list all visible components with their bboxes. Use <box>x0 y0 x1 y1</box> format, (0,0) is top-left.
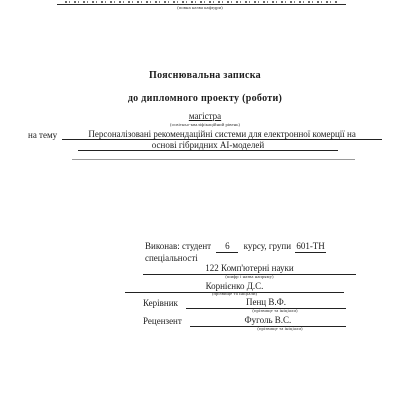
student-name-caption: (прізвище та ініціали) <box>125 291 344 296</box>
specialty-caption: (шифр і назва напряму) <box>143 274 356 279</box>
topic-label: на тему <box>28 130 62 140</box>
topic-text-line2: основі гібридних АІ-моделей <box>78 140 338 151</box>
reviewer-caption: (прізвище та ініціали) <box>205 326 355 331</box>
clipped-text-remnant <box>65 1 338 3</box>
executor-label-prefix: Виконав: студент <box>145 241 211 251</box>
department-caption: (повна назва кафедри) <box>0 5 400 10</box>
degree-level: магістра <box>10 111 400 121</box>
title-page: (повна назва кафедри) Пояснювальна запис… <box>0 0 400 400</box>
course-field: 6 <box>216 241 238 253</box>
executor-label-middle: курсу, групи <box>244 241 291 251</box>
executor-row: Виконав: студент 6 курсу, групи 601-ТН <box>145 241 346 253</box>
degree-caption: (освітньо-кваліфікаційний рівень) <box>10 122 400 127</box>
group-field: 601-ТН <box>295 241 326 253</box>
topic-text-line1: Персоналізовані рекомендаційні системи д… <box>62 129 382 140</box>
document-title-line2: до дипломного проекту (роботи) <box>10 93 400 104</box>
blank-underline <box>72 151 355 160</box>
supervisor-caption: (прізвище та ініціали) <box>200 308 350 313</box>
supervisor-label: Керівник <box>143 298 186 309</box>
reviewer-label: Рецензент <box>143 316 190 327</box>
topic-row: на тему Персоналізовані рекомендаційні с… <box>28 129 382 140</box>
document-title-line1: Пояснювальна записка <box>10 70 400 81</box>
